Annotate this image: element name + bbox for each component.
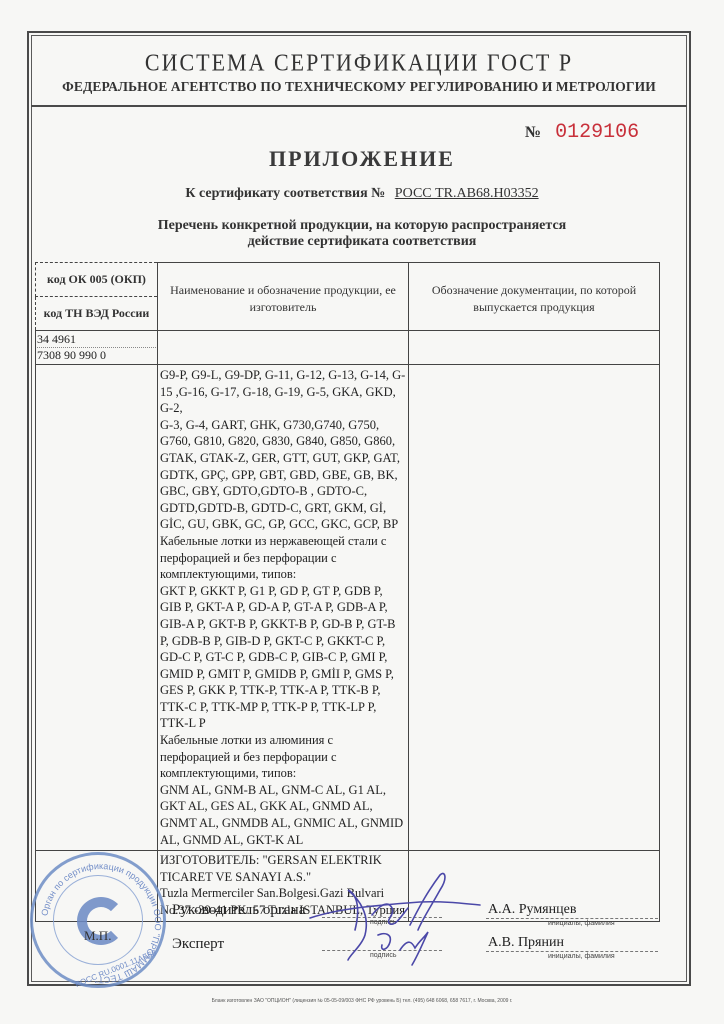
- head-name-line: [486, 918, 658, 919]
- header-code-tnved: код ТН ВЭД России: [36, 297, 158, 331]
- product-list-cell: G9-P, G9-L, G9-DP, G-11, G-12, G-13, G-1…: [158, 365, 409, 851]
- certification-stamp: Орган по сертификации продукции ООО "ПРО…: [30, 852, 166, 988]
- agency-title: ФЕДЕРАЛЬНОЕ АГЕНТСТВО ПО ТЕХНИЧЕСКОМУ РЕ…: [31, 79, 687, 95]
- code-tnved-value: 7308 90 990 0: [37, 348, 156, 363]
- expert-name-line: [486, 951, 658, 952]
- table-header-row: код ОК 005 (ОКП) Наименование и обозначе…: [36, 263, 660, 297]
- product-paragraph: G9-P, G9-L, G9-DP, G-11, G-12, G-13, G-1…: [160, 367, 406, 417]
- header-code-okp: код ОК 005 (ОКП): [36, 263, 158, 297]
- product-paragraph: GNM AL, GNM-B AL, GNM-C AL, G1 AL, GKT A…: [160, 782, 406, 848]
- certificate-reference-label: К сертификату соответствия №: [185, 186, 385, 201]
- header-documentation: Обозначение документации, по которой вып…: [409, 263, 660, 331]
- blank-serial-number: № 0129106: [525, 121, 639, 144]
- head-name: А.А. Румянцев: [488, 902, 576, 918]
- list-title: Перечень конкретной продукции, на котору…: [0, 218, 724, 250]
- certificate-reference: К сертификату соответствия № РОСС TR.AB6…: [0, 186, 724, 202]
- stamp-ring-text: Орган по сертификации продукции ООО "ПРО…: [33, 855, 169, 991]
- header-product: Наименование и обозначение продукции, ее…: [158, 263, 409, 331]
- expert-name-caption: инициалы, фамилия: [548, 953, 615, 960]
- empty-cell: [409, 331, 660, 365]
- head-label: Руководитель органа: [172, 902, 305, 919]
- list-title-line1: Перечень конкретной продукции, на котору…: [0, 218, 724, 234]
- serial-value: 0129106: [555, 121, 639, 144]
- print-note: Бланк изготовлен ЗАО "ОПЦИОН" (лицензия …: [0, 998, 724, 1004]
- codes-cell: 34 4961 7308 90 990 0: [36, 331, 158, 365]
- code-okp-value: 34 4961: [37, 332, 156, 348]
- product-paragraph: Кабельные лотки из нержавеющей стали с п…: [160, 533, 406, 583]
- signature-stroke: [310, 902, 480, 918]
- appendix-title: ПРИЛОЖЕНИЕ: [0, 146, 724, 172]
- empty-cell: [158, 331, 409, 365]
- seal-place-mark: М.П.: [84, 928, 111, 944]
- number-sign: №: [525, 124, 541, 141]
- product-paragraph: Кабельные лотки из алюминия с перфорацие…: [160, 732, 406, 782]
- product-paragraph: G-3, G-4, GART, GHK, G730,G740, G750, G7…: [160, 417, 406, 533]
- empty-cell: [409, 365, 660, 851]
- table-row-products: G9-P, G9-L, G9-DP, G-11, G-12, G-13, G-1…: [36, 365, 660, 851]
- expert-label: Эксперт: [172, 936, 224, 953]
- table-row-codes: 34 4961 7308 90 990 0: [36, 331, 660, 365]
- header-divider: [31, 105, 687, 107]
- svg-text:Орган по сертификации продукци: Орган по сертификации продукции ООО "ПРО…: [39, 861, 163, 985]
- system-title: СИСТЕМА СЕРТИФИКАЦИИ ГОСТ Р: [31, 49, 687, 78]
- product-table: код ОК 005 (ОКП) Наименование и обозначе…: [35, 262, 660, 922]
- empty-cell: [36, 365, 158, 851]
- list-title-line2: действие сертификата соответствия: [0, 234, 724, 250]
- handwritten-signatures: [300, 860, 500, 970]
- product-paragraph: GKT P, GKKT P, G1 P, GD P, GT P, GDB P, …: [160, 583, 406, 732]
- head-name-caption: инициалы, фамилия: [548, 920, 615, 927]
- certificate-number: РОСС TR.AB68.H03352: [395, 186, 539, 201]
